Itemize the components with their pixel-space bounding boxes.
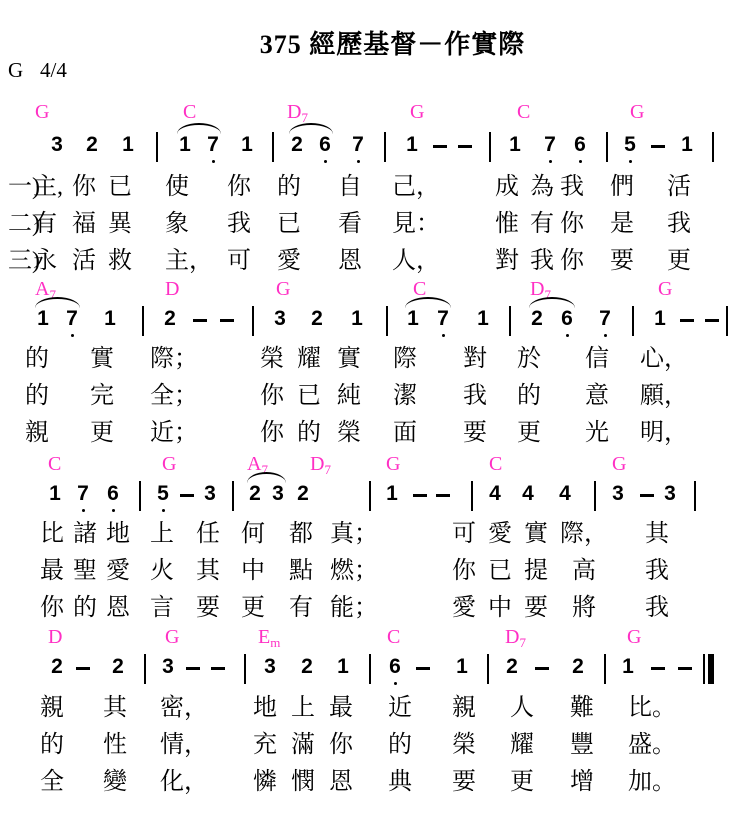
lyric-syllable: 親 [452, 694, 476, 722]
lyric-syllable: 的 [40, 731, 64, 759]
chord-root: G [612, 453, 626, 475]
note-number: 1 [351, 308, 363, 330]
lyric-syllable: 我 [530, 247, 554, 275]
note-number: 6 [107, 483, 119, 505]
chord-root: C [387, 626, 400, 648]
lyric-syllable: 意 [585, 382, 609, 410]
lyric-syllable: 憐 [253, 768, 277, 796]
chord-subscript: 7 [519, 635, 526, 650]
chord-root: C [489, 453, 502, 475]
lyric-syllable: 中 [241, 557, 265, 585]
lyric-syllable: 於 [517, 345, 541, 373]
note-number: 1 [104, 308, 116, 330]
lyric-syllable: 對 [463, 345, 487, 373]
lyric-syllable: 我 [645, 557, 669, 585]
note-number: 7 [77, 483, 89, 505]
chord-root: G [162, 453, 176, 475]
chord-root: G [658, 278, 672, 300]
lyric-syllable: 願， [640, 382, 688, 410]
lyric-syllable: 你 [560, 247, 584, 275]
lyric-syllable: 聖 [73, 557, 97, 585]
note-number: 2 [531, 308, 543, 330]
lyric-syllable: 活 [72, 247, 96, 275]
lyric-syllable: 榮 [260, 345, 284, 373]
note-number: 6 [561, 308, 573, 330]
lyric-syllable: 憫 [291, 768, 315, 796]
low-octave-dot [212, 160, 215, 163]
lyric-syllable: 自 [338, 173, 362, 201]
chord-root: G [35, 101, 49, 123]
low-octave-dot [579, 160, 582, 163]
lyric-syllable: 點 [289, 557, 313, 585]
hymn-title: 375 經歷基督－作實際 [55, 24, 730, 61]
note-number: 5 [157, 483, 169, 505]
barline [384, 132, 386, 162]
chord-label: C [517, 102, 530, 122]
lyric-syllable: 全； [150, 382, 198, 410]
note-number: 1 [179, 134, 191, 156]
chord-label: C [183, 102, 196, 122]
lyric-syllable: 要 [463, 419, 487, 447]
chord-root: C [48, 453, 61, 475]
lyric-syllable: 主， [165, 247, 213, 275]
barline [144, 654, 146, 684]
barline [386, 306, 388, 336]
lyric-syllable: 恩 [329, 768, 353, 796]
lyric-syllable: 的 [25, 382, 49, 410]
held-beat-dash [436, 494, 450, 497]
chord-subscript: m [270, 635, 280, 650]
held-beat-dash [651, 145, 665, 148]
lyric-syllable: 上 [291, 694, 315, 722]
lyric-syllable: 成 [495, 173, 519, 201]
note-number: 2 [164, 308, 176, 330]
held-beat-dash [705, 319, 719, 322]
lyric-syllable: 主, [33, 173, 63, 201]
barline [139, 481, 141, 511]
lyric-syllable: 恩 [106, 594, 130, 622]
lyric-syllable: 高 [572, 557, 596, 585]
lyric-syllable: 變 [103, 768, 127, 796]
lyric-syllable: 其 [196, 557, 220, 585]
lyric-syllable: 心， [640, 345, 688, 373]
chord-root: A [35, 278, 49, 300]
held-beat-dash [458, 145, 472, 148]
note-number: 3 [274, 308, 286, 330]
chord-root: D [505, 626, 519, 648]
note-number: 1 [37, 308, 49, 330]
lyric-syllable: 人， [392, 247, 440, 275]
lyric-syllable: 火 [150, 557, 174, 585]
low-octave-dot [82, 509, 85, 512]
lyric-syllable: 象 [165, 210, 189, 238]
lyric-syllable: 比。 [628, 694, 676, 722]
low-octave-dot [394, 682, 397, 685]
lyric-syllable: 地 [106, 520, 130, 548]
held-beat-dash [193, 319, 207, 322]
note-number: 1 [407, 308, 419, 330]
lyric-syllable: 永 [33, 247, 57, 275]
held-beat-dash [433, 145, 447, 148]
lyric-syllable: 的 [517, 382, 541, 410]
note-number: 6 [319, 134, 331, 156]
chord-label: D7 [287, 102, 308, 124]
lyric-syllable: 密， [160, 694, 208, 722]
lyric-syllable: 任 [196, 520, 220, 548]
lyric-syllable: 際； [150, 345, 198, 373]
note-number: 4 [489, 483, 501, 505]
lyric-syllable: 你 [260, 419, 284, 447]
note-number: 1 [681, 134, 693, 156]
key-signature: G [8, 58, 23, 83]
lyric-syllable: 榮 [452, 731, 476, 759]
lyric-syllable: 恩 [338, 247, 362, 275]
lyric-syllable: 盛。 [628, 731, 676, 759]
chord-label: Em [258, 627, 280, 649]
low-octave-dot [357, 160, 360, 163]
lyric-syllable: 燃； [330, 557, 378, 585]
chord-root: D [165, 278, 179, 300]
note-number: 1 [337, 656, 349, 678]
lyric-syllable: 難 [570, 694, 594, 722]
lyric-syllable: 其 [103, 694, 127, 722]
lyric-syllable: 惟 [495, 210, 519, 238]
chord-root: D [48, 626, 62, 648]
chord-label: G [276, 279, 290, 299]
note-number: 3 [264, 656, 276, 678]
barline [712, 132, 714, 162]
note-number: 4 [522, 483, 534, 505]
chord-root: D [530, 278, 544, 300]
lyric-syllable: 的 [297, 419, 321, 447]
note-number: 2 [112, 656, 124, 678]
lyric-syllable: 滿 [291, 731, 315, 759]
lyric-syllable: 全 [40, 768, 64, 796]
lyric-syllable: 我 [667, 210, 691, 238]
held-beat-dash [680, 319, 694, 322]
lyric-syllable: 你 [72, 173, 96, 201]
chord-label: G [612, 454, 626, 474]
lyric-syllable: 的 [277, 173, 301, 201]
lyric-syllable: 充 [253, 731, 277, 759]
note-number: 5 [624, 134, 636, 156]
lyric-syllable: 看 [338, 210, 362, 238]
lyric-syllable: 你 [560, 210, 584, 238]
held-beat-dash [535, 667, 549, 670]
barline [604, 654, 606, 684]
lyric-syllable: 對 [495, 247, 519, 275]
barline [369, 654, 371, 684]
note-number: 1 [654, 308, 666, 330]
lyric-syllable: 親 [40, 694, 64, 722]
lyric-syllable: 要 [610, 247, 634, 275]
lyric-syllable: 可 [227, 247, 251, 275]
lyric-syllable: 情， [160, 731, 208, 759]
lyric-syllable: 救 [108, 247, 132, 275]
lyric-syllable: 要 [524, 594, 548, 622]
chord-label: G [410, 102, 424, 122]
lyric-syllable: 近 [388, 694, 412, 722]
chord-label: G [658, 279, 672, 299]
lyric-syllable: 的 [388, 731, 412, 759]
lyric-syllable: 已 [277, 210, 301, 238]
lyric-syllable: 活 [667, 173, 691, 201]
lyric-syllable: 你 [40, 594, 64, 622]
lyric-syllable: 的 [25, 345, 49, 373]
lyric-syllable: 耀 [297, 345, 321, 373]
lyric-syllable: 實 [90, 345, 114, 373]
barline [694, 481, 696, 511]
chord-label: G [386, 454, 400, 474]
barline [369, 481, 371, 511]
note-number: 2 [572, 656, 584, 678]
lyric-syllable: 際， [560, 520, 608, 548]
lyric-syllable: 豐 [570, 731, 594, 759]
lyric-syllable: 要 [452, 768, 476, 796]
hymn-sheet: 375 經歷基督－作實際 G 4/4 GCD7GCG32117126711765… [0, 0, 730, 839]
chord-label: D7 [310, 454, 331, 476]
lyric-syllable: 使 [165, 173, 189, 201]
note-number: 7 [544, 134, 556, 156]
chord-root: C [183, 101, 196, 123]
low-octave-dot [604, 334, 607, 337]
lyric-syllable: 真； [330, 520, 378, 548]
chord-label: G [162, 454, 176, 474]
chord-root: G [386, 453, 400, 475]
lyric-syllable: 比 [40, 520, 64, 548]
barline [232, 481, 234, 511]
note-number: 1 [406, 134, 418, 156]
lyric-syllable: 面 [393, 419, 417, 447]
chord-label: C [489, 454, 502, 474]
lyric-syllable: 己， [392, 173, 440, 201]
chord-subscript: 7 [324, 462, 331, 477]
lyric-syllable: 更 [241, 594, 265, 622]
note-number: 2 [249, 483, 261, 505]
barline [489, 132, 491, 162]
lyric-syllable: 諸 [73, 520, 97, 548]
note-number: 7 [66, 308, 78, 330]
held-beat-dash [186, 667, 200, 670]
tie-slur [405, 297, 451, 308]
held-beat-dash [651, 667, 665, 670]
time-signature: 4/4 [40, 58, 67, 83]
lyric-syllable: 愛 [488, 520, 512, 548]
lyric-syllable: 言 [150, 594, 174, 622]
chord-root: D [287, 101, 301, 123]
lyric-syllable: 你 [227, 173, 251, 201]
tie-slur [289, 123, 333, 134]
lyric-syllable: 有 [289, 594, 313, 622]
chord-label: C [387, 627, 400, 647]
lyric-syllable: 福 [72, 210, 96, 238]
note-number: 1 [49, 483, 61, 505]
note-number: 3 [204, 483, 216, 505]
low-octave-dot [629, 160, 632, 163]
lyric-syllable: 可 [452, 520, 476, 548]
lyric-syllable: 都 [289, 520, 313, 548]
held-beat-dash [413, 494, 427, 497]
low-octave-dot [162, 509, 165, 512]
lyric-syllable: 我 [463, 382, 487, 410]
tie-slur [247, 472, 286, 483]
lyric-syllable: 愛 [452, 594, 476, 622]
note-number: 3 [51, 134, 63, 156]
note-number: 2 [291, 134, 303, 156]
lyric-syllable: 愛 [277, 247, 301, 275]
barline [726, 306, 728, 336]
low-octave-dot [549, 160, 552, 163]
lyric-syllable: 榮 [337, 419, 361, 447]
lyric-syllable: 最 [329, 694, 353, 722]
lyric-syllable: 我 [227, 210, 251, 238]
note-number: 3 [272, 483, 284, 505]
note-number: 1 [241, 134, 253, 156]
lyric-syllable: 人 [510, 694, 534, 722]
tie-slur [177, 123, 221, 134]
low-octave-dot [442, 334, 445, 337]
note-number: 6 [574, 134, 586, 156]
chord-root: D [310, 453, 324, 475]
chord-label: C [413, 279, 426, 299]
lyric-syllable: 是 [610, 210, 634, 238]
lyric-syllable: 近； [150, 419, 198, 447]
lyric-syllable: 地 [253, 694, 277, 722]
note-number: 7 [207, 134, 219, 156]
barline [252, 306, 254, 336]
note-number: 1 [477, 308, 489, 330]
lyric-syllable: 其 [645, 520, 669, 548]
note-number: 1 [122, 134, 134, 156]
lyric-syllable: 光 [585, 419, 609, 447]
lyric-syllable: 最 [40, 557, 64, 585]
held-beat-dash [640, 494, 654, 497]
note-number: 7 [352, 134, 364, 156]
held-beat-dash [220, 319, 234, 322]
note-number: 2 [51, 656, 63, 678]
note-number: 4 [559, 483, 571, 505]
low-octave-dot [71, 334, 74, 337]
lyric-syllable: 能； [330, 594, 378, 622]
lyric-syllable: 已 [488, 557, 512, 585]
chord-label: D [165, 279, 179, 299]
chord-root: C [517, 101, 530, 123]
barline [594, 481, 596, 511]
barline [244, 654, 246, 684]
low-octave-dot [324, 160, 327, 163]
barline [509, 306, 511, 336]
chord-label: D [48, 627, 62, 647]
chord-label: G [35, 102, 49, 122]
lyric-syllable: 純 [337, 382, 361, 410]
held-beat-dash [678, 667, 692, 670]
note-number: 1 [456, 656, 468, 678]
lyric-syllable: 我 [645, 594, 669, 622]
lyric-syllable: 見： [392, 210, 440, 238]
note-number: 2 [86, 134, 98, 156]
barline [142, 306, 144, 336]
note-number: 3 [664, 483, 676, 505]
note-number: 7 [437, 308, 449, 330]
lyric-syllable: 有 [33, 210, 57, 238]
note-number: 1 [386, 483, 398, 505]
note-number: 2 [506, 656, 518, 678]
lyric-syllable: 際 [393, 345, 417, 373]
lyric-syllable: 中 [488, 594, 512, 622]
lyric-syllable: 上 [150, 520, 174, 548]
lyric-syllable: 提 [524, 557, 548, 585]
lyric-syllable: 完 [90, 382, 114, 410]
lyric-syllable: 愛 [106, 557, 130, 585]
barline [272, 132, 274, 162]
chord-label: C [48, 454, 61, 474]
chord-root: E [258, 626, 270, 648]
held-beat-dash [416, 667, 430, 670]
held-beat-dash [211, 667, 225, 670]
lyric-syllable: 我 [560, 173, 584, 201]
lyric-syllable: 耀 [510, 731, 534, 759]
note-number: 2 [311, 308, 323, 330]
lyric-syllable: 潔 [393, 382, 417, 410]
note-number: 2 [301, 656, 313, 678]
note-number: 2 [297, 483, 309, 505]
chord-root: G [627, 626, 641, 648]
lyric-syllable: 加。 [628, 768, 676, 796]
note-number: 3 [162, 656, 174, 678]
lyric-syllable: 更 [667, 247, 691, 275]
final-barline-thick [708, 654, 714, 684]
lyric-syllable: 化， [160, 768, 208, 796]
barline [156, 132, 158, 162]
barline [632, 306, 634, 336]
lyric-syllable: 明， [640, 419, 688, 447]
lyric-syllable: 親 [25, 419, 49, 447]
held-beat-dash [180, 494, 194, 497]
lyric-syllable: 更 [510, 768, 534, 796]
note-number: 1 [509, 134, 521, 156]
lyric-syllable: 們 [610, 173, 634, 201]
lyric-syllable: 典 [388, 768, 412, 796]
barline [606, 132, 608, 162]
lyric-syllable: 將 [572, 594, 596, 622]
lyric-syllable: 何 [241, 520, 265, 548]
barline [487, 654, 489, 684]
note-number: 7 [599, 308, 611, 330]
lyric-syllable: 要 [196, 594, 220, 622]
lyric-syllable: 你 [329, 731, 353, 759]
chord-root: G [165, 626, 179, 648]
note-number: 1 [622, 656, 634, 678]
lyric-syllable: 更 [90, 419, 114, 447]
lyric-syllable: 實 [524, 520, 548, 548]
chord-label: G [630, 102, 644, 122]
lyric-syllable: 為 [530, 173, 554, 201]
lyric-syllable: 已 [297, 382, 321, 410]
chord-label: D7 [505, 627, 526, 649]
held-beat-dash [76, 667, 90, 670]
chord-label: G [165, 627, 179, 647]
lyric-syllable: 異 [108, 210, 132, 238]
lyric-syllable: 增 [570, 768, 594, 796]
chord-root: G [276, 278, 290, 300]
lyric-syllable: 你 [452, 557, 476, 585]
lyric-syllable: 性 [103, 731, 127, 759]
lyric-syllable: 的 [73, 594, 97, 622]
final-barline-thin [703, 654, 705, 684]
lyric-syllable: 你 [260, 382, 284, 410]
low-octave-dot [566, 334, 569, 337]
chord-label: G [627, 627, 641, 647]
